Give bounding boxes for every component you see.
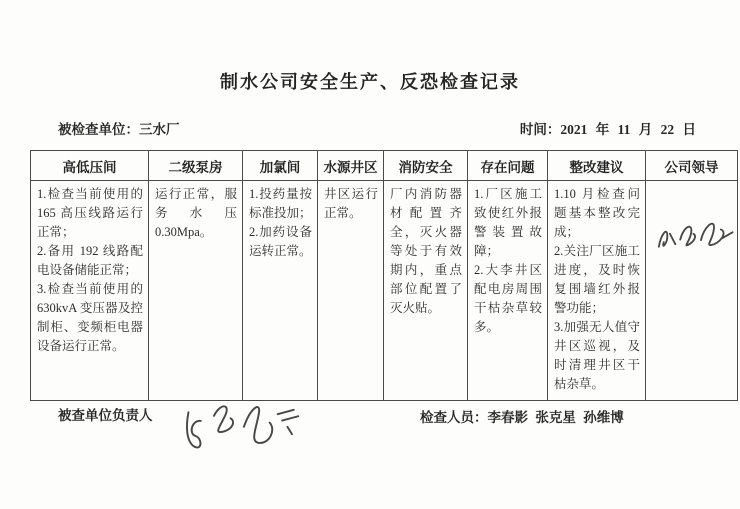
inspection-time: 时间：2021 年 11 月 22 日	[520, 118, 696, 138]
page-title: 制水公司安全生产、反恐检查记录	[0, 68, 740, 94]
cell-fire-safety: 厂内消防器材配置齐全，灭火器等处于有效期内，重点部位配置了灭火贴。	[384, 181, 468, 401]
cell-high-low-voltage-room: 1.检查当前使用的 165 高压线路运行正常； 2.备用 192 线路配电设备储…	[31, 181, 149, 401]
table-header-row: 高低压间 二级泵房 加氯间 水源井区 消防安全 存在问题 整改建议 公司领导	[31, 151, 738, 181]
inspected-unit: 被检查单位：三水厂	[58, 118, 180, 138]
cell-chlorination-room: 1.投药量按标准投加； 2.加药设备运转正常。	[243, 181, 318, 401]
company-leader-signature	[646, 202, 738, 265]
scanned-inspection-record-page: 制水公司安全生产、反恐检查记录 被检查单位：三水厂 时间：2021 年 11 月…	[0, 0, 740, 509]
header-existing-problems: 存在问题	[468, 151, 548, 181]
inspection-record-table: 高低压间 二级泵房 加氯间 水源井区 消防安全 存在问题 整改建议 公司领导 1…	[30, 150, 738, 401]
cell-secondary-pump-house: 运行正常，服务水压 0.30Mpa。	[149, 181, 243, 401]
inspected-unit-label: 被检查单位：	[58, 122, 139, 137]
responsible-person-label: 被查单位负责人	[58, 408, 153, 423]
cell-text: 厂内消防器材配置齐全，灭火器等处于有效期内，重点部位配置了灭火贴。	[390, 185, 462, 318]
header-high-low-voltage-room: 高低压间	[31, 151, 149, 181]
time-label: 时间：	[520, 122, 561, 137]
cell-text: 井区运行正常。	[324, 185, 378, 223]
header-fire-safety: 消防安全	[384, 151, 468, 181]
header-water-source-well-area: 水源井区	[318, 151, 384, 181]
cell-company-leader-signature	[646, 181, 738, 401]
responsible-person: 被查单位负责人	[58, 404, 153, 424]
cell-text: 1.厂区施工致使红外报警装置故障； 2.大李井区配电房周围干枯杂草较多。	[474, 185, 542, 337]
time-value: 2021 年 11 月 22 日	[560, 122, 696, 137]
header-chlorination-room: 加氯间	[243, 151, 318, 181]
meta-row: 被检查单位：三水厂 时间：2021 年 11 月 22 日	[58, 118, 710, 138]
cell-existing-problems: 1.厂区施工致使红外报警装置故障； 2.大李井区配电房周围干枯杂草较多。	[468, 181, 548, 401]
inspected-unit-value: 三水厂	[139, 122, 180, 137]
cell-text: 1.检查当前使用的 165 高压线路运行正常； 2.备用 192 线路配电设备储…	[37, 185, 143, 356]
responsible-person-signature	[173, 382, 313, 462]
table-body-row: 1.检查当前使用的 165 高压线路运行正常； 2.备用 192 线路配电设备储…	[31, 181, 738, 401]
inspectors: 检查人员：李春影 张克星 孙维博	[420, 406, 624, 426]
header-company-leader: 公司领导	[646, 151, 738, 181]
inspectors-label: 检查人员：	[420, 410, 488, 425]
cell-text: 1.投药量按标准投加； 2.加药设备运转正常。	[249, 185, 312, 261]
cell-water-source-well-area: 井区运行正常。	[318, 181, 384, 401]
cell-text: 运行正常，服务水压 0.30Mpa。	[155, 185, 237, 242]
inspectors-value: 李春影 张克星 孙维博	[488, 410, 624, 425]
cell-rectification-suggestions: 1.10 月检查问题基本整改完成； 2.关注厂区施工进度，及时恢复围墙红外报警功…	[548, 181, 646, 401]
header-rectification-suggestions: 整改建议	[548, 151, 646, 181]
cell-text: 1.10 月检查问题基本整改完成； 2.关注厂区施工进度，及时恢复围墙红外报警功…	[554, 185, 640, 394]
header-secondary-pump-house: 二级泵房	[149, 151, 243, 181]
